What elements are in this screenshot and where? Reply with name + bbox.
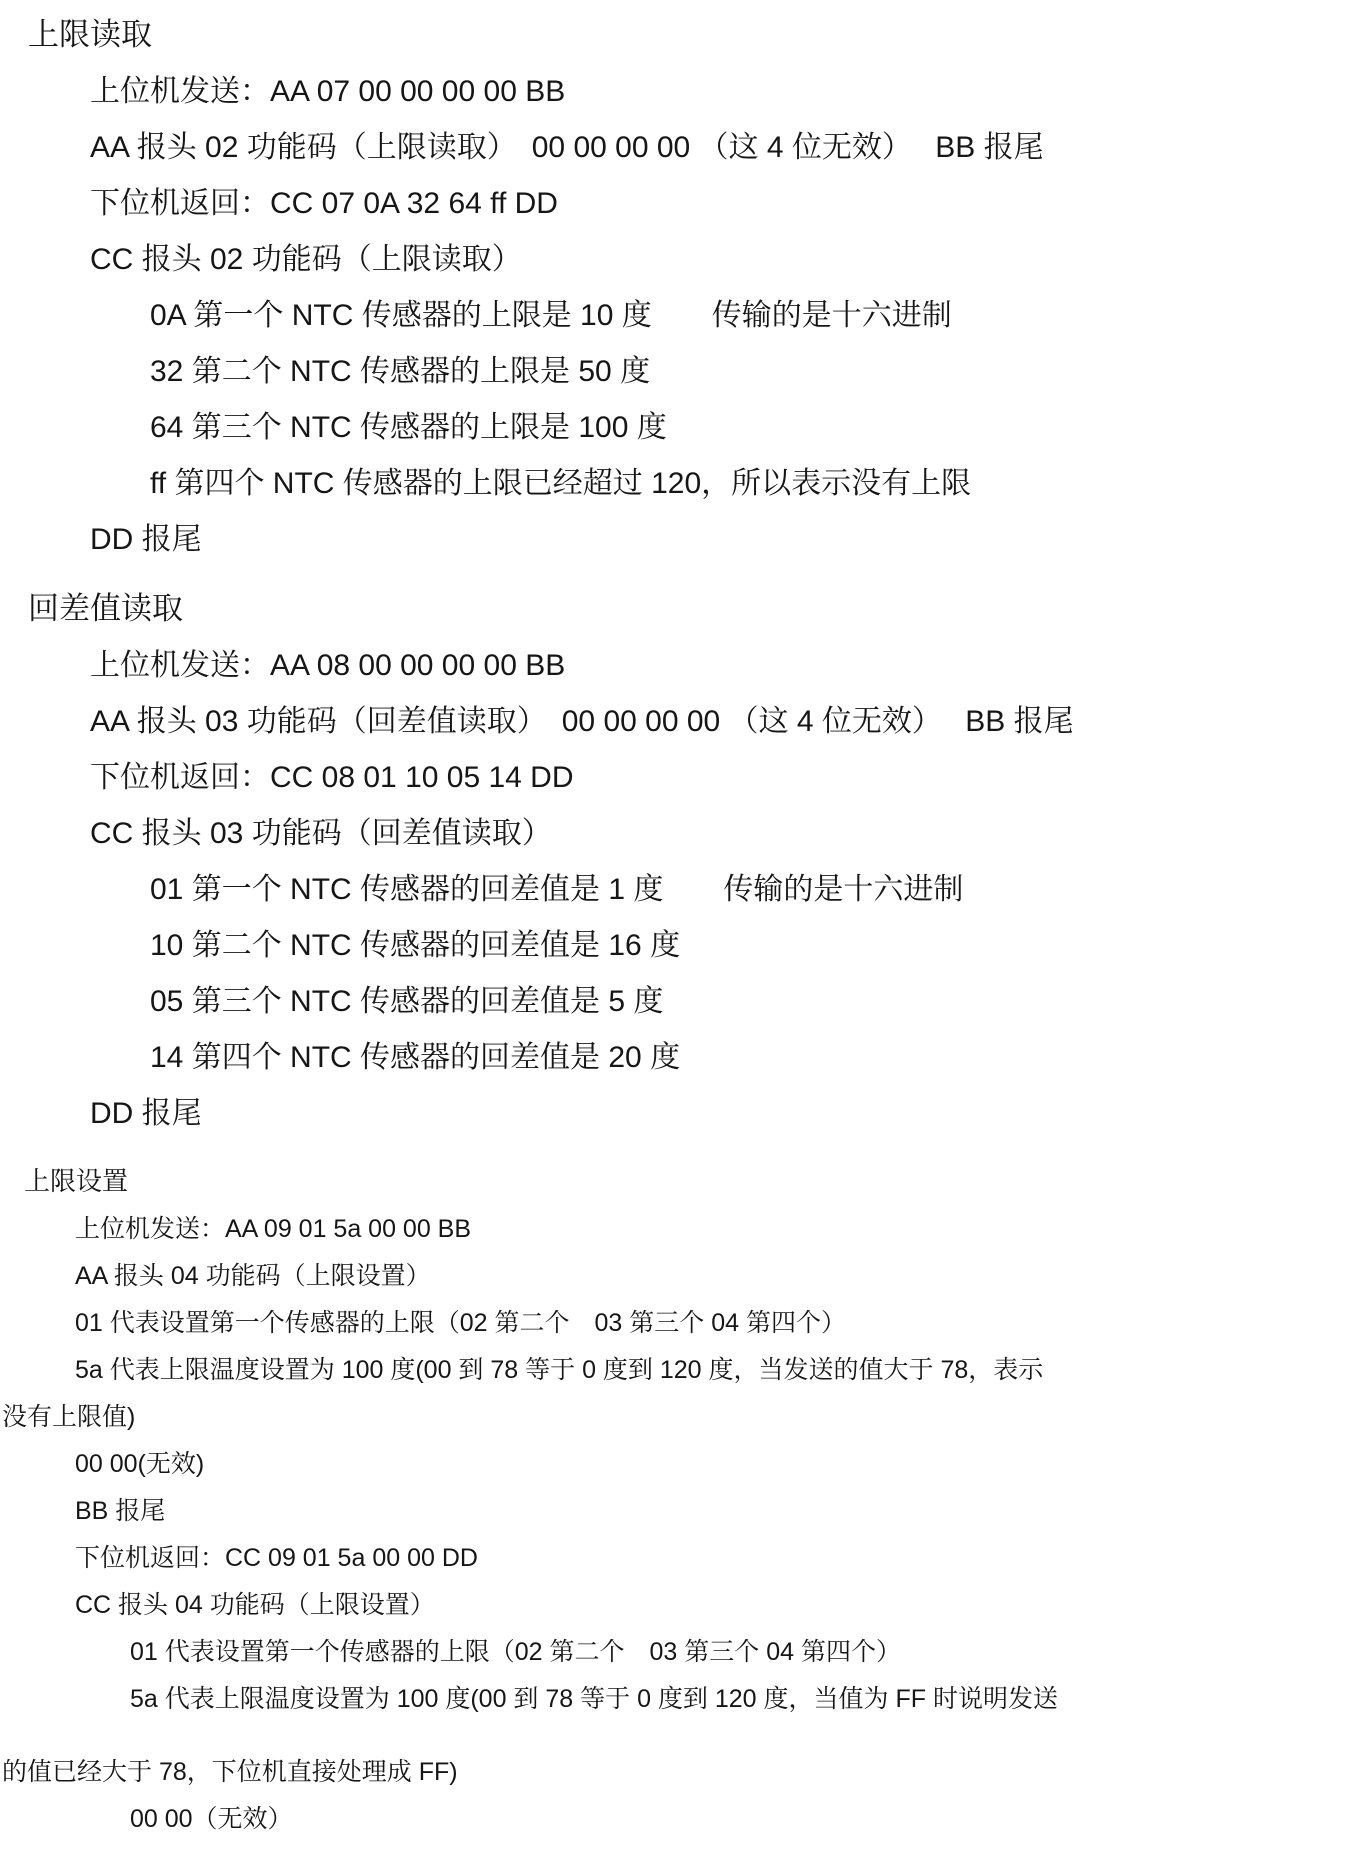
section-title-hysteresis-read: 回差值读取 xyxy=(0,580,1368,638)
section-upper-limit-read: 上限读取 上位机发送：AA 07 00 00 00 00 BB AA 报头 02… xyxy=(0,6,1368,568)
sensor3-hysteresis-line: 05 第三个 NTC 传感器的回差值是 5 度 xyxy=(0,974,1368,1030)
sensor2-limit-line: 32 第二个 NTC 传感器的上限是 50 度 xyxy=(0,344,1368,400)
device-return-frame-line: 下位机返回：CC 07 0A 32 64 ff DD xyxy=(0,176,1368,232)
return-frame-explain-line: CC 报头 02 功能码（上限读取） xyxy=(0,232,1368,288)
padding-bytes-line: 00 00（无效） xyxy=(0,1796,1368,1843)
section-title-upper-limit-set: 上限设置 xyxy=(0,1156,1368,1206)
section-hysteresis-read: 回差值读取 上位机发送：AA 08 00 00 00 00 BB AA 报头 0… xyxy=(0,580,1368,1142)
section-upper-limit-set: 上限设置 上位机发送：AA 09 01 5a 00 00 BB AA 报头 04… xyxy=(0,1156,1368,1843)
temperature-value-explain-line: 5a 代表上限温度设置为 100 度(00 到 78 等于 0 度到 120 度… xyxy=(0,1676,1368,1723)
send-frame-explain-line: AA 报头 03 功能码（回差值读取） 00 00 00 00 （这 4 位无效… xyxy=(0,694,1368,750)
frame-tail-line: DD 报尾 xyxy=(0,1086,1368,1142)
temperature-value-explain-line: 5a 代表上限温度设置为 100 度(00 到 78 等于 0 度到 120 度… xyxy=(0,1347,1368,1394)
explain-continuation-line: 没有上限值) xyxy=(0,1394,1368,1441)
section-title-upper-limit-read: 上限读取 xyxy=(0,6,1368,64)
host-send-frame-line: 上位机发送：AA 07 00 00 00 00 BB xyxy=(0,64,1368,120)
device-return-frame-line: 下位机返回：CC 08 01 10 05 14 DD xyxy=(0,750,1368,806)
send-frame-explain-line: AA 报头 02 功能码（上限读取） 00 00 00 00 （这 4 位无效）… xyxy=(0,120,1368,176)
sensor-select-explain-line: 01 代表设置第一个传感器的上限（02 第二个 03 第三个 04 第四个） xyxy=(0,1300,1368,1347)
sensor4-hysteresis-line: 14 第四个 NTC 传感器的回差值是 20 度 xyxy=(0,1030,1368,1086)
return-frame-explain-line: CC 报头 04 功能码（上限设置） xyxy=(0,1582,1368,1629)
sensor3-limit-line: 64 第三个 NTC 传感器的上限是 100 度 xyxy=(0,400,1368,456)
sensor-select-explain-line: 01 代表设置第一个传感器的上限（02 第二个 03 第三个 04 第四个） xyxy=(0,1629,1368,1676)
device-return-frame-line: 下位机返回：CC 09 01 5a 00 00 DD xyxy=(0,1535,1368,1582)
frame-tail-line: BB 报尾 xyxy=(0,1488,1368,1535)
sensor4-limit-line: ff 第四个 NTC 传感器的上限已经超过 120，所以表示没有上限 xyxy=(0,456,1368,512)
host-send-frame-line: 上位机发送：AA 08 00 00 00 00 BB xyxy=(0,638,1368,694)
frame-tail-line: DD 报尾 xyxy=(0,512,1368,568)
send-frame-explain-line: AA 报头 04 功能码（上限设置） xyxy=(0,1253,1368,1300)
host-send-frame-line: 上位机发送：AA 09 01 5a 00 00 BB xyxy=(0,1206,1368,1253)
padding-bytes-line: 00 00(无效) xyxy=(0,1441,1368,1488)
sensor1-hysteresis-line: 01 第一个 NTC 传感器的回差值是 1 度 传输的是十六进制 xyxy=(0,862,1368,918)
document-page: 上限读取 上位机发送：AA 07 00 00 00 00 BB AA 报头 02… xyxy=(0,0,1368,1843)
sensor2-hysteresis-line: 10 第二个 NTC 传感器的回差值是 16 度 xyxy=(0,918,1368,974)
explain-continuation-line: 的值已经大于 78，下位机直接处理成 FF) xyxy=(0,1749,1368,1796)
sensor1-limit-line: 0A 第一个 NTC 传感器的上限是 10 度 传输的是十六进制 xyxy=(0,288,1368,344)
return-frame-explain-line: CC 报头 03 功能码（回差值读取） xyxy=(0,806,1368,862)
